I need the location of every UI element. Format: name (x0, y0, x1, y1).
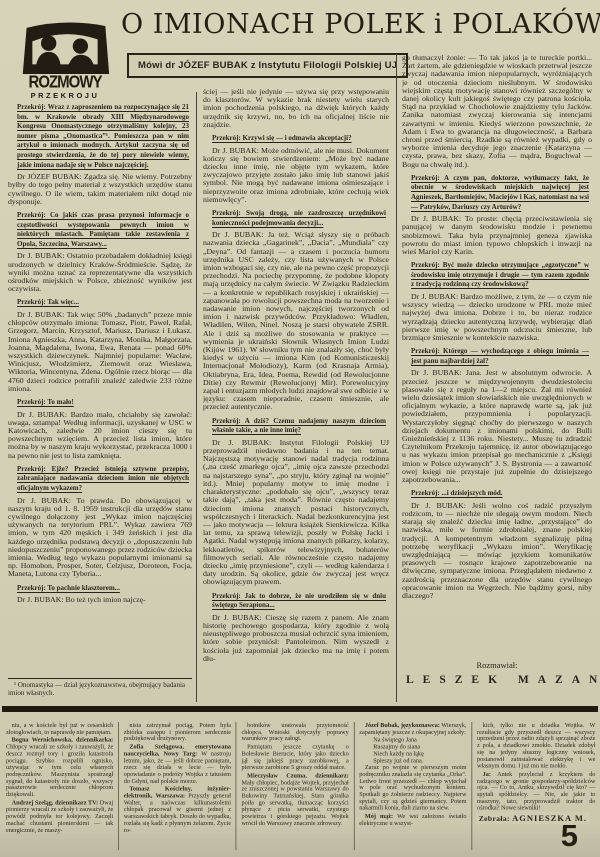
article-paragraph: Przekrój: Krzywi się — i odmawia akcepta… (212, 134, 386, 144)
article-paragraph: Przekrój: Być może dziecko otrzymujące „… (411, 261, 589, 290)
signoff-label: Rozmawiał: (402, 660, 592, 670)
paragraph-text: go tłumaczył żonie: — To tak jakoś ja te… (402, 54, 592, 169)
article-paragraph: Dr J. BUBAK: Tak więc 50% „badanych” prz… (8, 311, 192, 393)
bottom-column-4: Józef Bubak, językoznawca: Wierszyk, zap… (359, 722, 472, 850)
article-paragraph: ściej — jeśli nie jedynie — używa się pr… (203, 88, 389, 129)
article-paragraph: Dr J. BUBAK: To prawda. Do obowiązującej… (8, 497, 192, 579)
paragraph-text: kich, tylko nie u dziadka Wojtka. W rezu… (477, 722, 595, 769)
article-paragraph: Przekrój: Jak to dobrze, że nie urodziłe… (212, 592, 386, 611)
paragraph-text: Przekrój: Co jakiś czas prasa przynosi i… (17, 211, 189, 248)
bottom-column-2: nista zatrzymał pociąg. Potem była zbiór… (124, 722, 237, 850)
paragraph-text: Przekrój: Jak to dobrze, że nie urodziłe… (212, 592, 386, 610)
bottom-paragraph: nista zatrzymał pociąg. Potem była zbiór… (124, 722, 231, 742)
bottom-column-1: niu, a w kościele był już w cesarskich z… (6, 722, 119, 850)
section-divider-bar (2, 706, 598, 712)
bottom-paragraph: Andrzej Szeląg, dziennikarz TV: Dwaj pio… (6, 800, 113, 834)
article-paragraph: Dr J. BUBAK: Jana. Jest w absolutnym odw… (402, 369, 592, 484)
paragraph-text: Dr J. BUBAK: Jeśli wolno coś radzić przy… (402, 501, 592, 600)
article-paragraph: Dr J. BUBAK: Ostatnio przebadałem dokład… (8, 252, 192, 293)
bottom-paragraph: Ja: Antek przyleciał z krzykiem do radzą… (477, 771, 595, 812)
paragraph-text: botników uratowała przytomność chłopca. … (242, 722, 349, 742)
paragraph-text: Przekrój: Krzywi się — i odmawia akcepta… (212, 134, 352, 142)
article-column-2: ściej — jeśli nie jedynie — używa się pr… (203, 88, 389, 702)
bottom-paragraph: Mój mąż: We wsi założono światło elektry… (359, 813, 466, 827)
interview-subtitle: Mówi dr JÓZEF BUBAK z Instytutu Filologi… (127, 53, 408, 78)
article-paragraph: go tłumaczył żonie: — To tak jakoś ja te… (402, 54, 592, 169)
paragraph-text: Dr J. BUBAK: Ostatnio przebadałem dokład… (8, 251, 192, 293)
article-paragraph: Dr J. BUBAK: To proste: chęcią przeciwst… (402, 215, 592, 256)
paragraph-text: Przekrój: Być może dziecko otrzymujące „… (411, 261, 589, 288)
paragraph-text: Dr J. BUBAK: Bardzo możliwe, z tym, że —… (402, 292, 592, 342)
paragraph-text: Pamiętam jeszcze czytankę o Bolesławie B… (242, 743, 349, 770)
credit-label: Zebrała: (479, 814, 510, 823)
bottom-paragraph: Mieczysław Czuma, dziennikarz: Mały chło… (242, 772, 349, 826)
bottom-section: niu, a w kościele był już w cesarskich z… (6, 722, 600, 850)
article-paragraph: Przekrój: Swoją drogą, nie zazdroszczę u… (212, 209, 386, 228)
signoff: Rozmawiał: LESZEK MAZAN (402, 660, 592, 686)
paragraph-text: Dr J. BUBAK: Cieszę się razem z panem. A… (203, 613, 389, 663)
article-paragraph: Dr J. BUBAK: Ja też. Wciąż słyszy się o … (203, 231, 389, 411)
article-paragraph: Przekrój: Którego — wychodzącego z obieg… (411, 347, 589, 366)
paragraph-text: Przekrój: To pachnie klasztorem... (17, 584, 120, 592)
article-paragraph: Dr J. BUBAK: Instytut Filologii Polskiej… (203, 439, 389, 587)
article-paragraph: Dr J. BUBAK: Cieszę się razem z panem. A… (203, 614, 389, 663)
logo-word: ROZMOWY (14, 75, 116, 91)
page-title: O IMIONACH POLEK i POLAKÓW (121, 8, 599, 42)
paragraph-text: niu, a w kościele był już w cesarskich z… (6, 722, 113, 735)
paragraph-text: Mały chłopiec, bodajże Wojtek, przyjecha… (242, 778, 349, 826)
paragraph-text: Dr J. BUBAK: Bo też tych imion najczę- (17, 595, 146, 604)
article-paragraph: Dr JÓZEF BUBAK: Zgadza się. Nie wiemy. P… (8, 173, 192, 206)
article-paragraph: Dr J. BUBAK: Bardzo możliwe, z tym, że —… (402, 293, 592, 342)
bottom-paragraph: Józef Bubak, językoznawca: Wierszyk, zap… (359, 722, 466, 736)
paragraph-text: nista zatrzymał pociąg. Potem była zbiór… (124, 722, 231, 742)
article-paragraph: Dr J. BUBAK: Bo też tych imion najczę- (8, 596, 192, 604)
bottom-paragraph: Pamiętam jeszcze czytankę o Bolesławie B… (242, 744, 349, 771)
paragraph-text: ściej — jeśli nie jedynie — używa się pr… (203, 88, 389, 129)
article-paragraph: Przekrój: Wraz z zaproszeniem na rozpocz… (17, 103, 189, 170)
column-divider (396, 54, 397, 702)
paragraph-text: Dr J. BUBAK: To proste: chęcią przeciwst… (402, 214, 592, 256)
article-paragraph: Dr J. BUBAK: Bardzo mało, chciałoby się … (8, 411, 192, 460)
paragraph-text: Przekrój: Tak więc... (17, 298, 79, 306)
bottom-columns: niu, a w kościele był już w cesarskich z… (6, 722, 600, 850)
article-paragraph: Przekrój: A czym pan, doktorze, wytłumac… (411, 174, 589, 212)
paragraph-text: Dr J. BUBAK: Może odmówić, ale nie musi.… (203, 146, 389, 204)
page-number: 5 (561, 818, 578, 854)
paragraph-text: Dr J. BUBAK: Jana. Jest w absolutnym odw… (402, 368, 592, 484)
bottom-paragraph: Bogna Wernichowska, dziennikarka: Chłopc… (6, 737, 113, 798)
article-paragraph: Przekrój: Tak więc... (17, 298, 189, 308)
rozmowy-przekroju-logo: ROZMOWY PRZEKROJU (14, 22, 116, 100)
article-paragraph: Przekrój: Co jakiś czas prasa przynosi i… (17, 211, 189, 249)
article-column-1: Przekrój: Wraz z zaproszeniem na rozpocz… (8, 100, 192, 702)
article-column-3: go tłumaczył żonie: — To tak jakoś ja te… (402, 54, 592, 702)
paragraph-text: Antek przyleciał z krzykiem do radzącego… (477, 770, 595, 811)
bottom-paragraph: Zaraz po wojnie w pierwszym moim podręcz… (359, 764, 466, 812)
article-paragraph: Przekrój: To pachnie klasztorem... (17, 584, 189, 594)
article-paragraph: Przekrój: ...i dzisiejszych mód. (411, 489, 589, 499)
paragraph-text: Dr J. BUBAK: Tak więc 50% „badanych” prz… (8, 310, 192, 393)
article-paragraph: Dr J. BUBAK: Jeśli wolno coś radzić przy… (402, 502, 592, 600)
bottom-column-5: kich, tylko nie u dziadka Wojtka. W rezu… (477, 722, 600, 850)
paragraph-text: Przekrój: ...i dzisiejszych mód. (411, 489, 503, 497)
paragraph-text: Przekrój: To mało! (17, 398, 74, 406)
article-paragraph: Przekrój: Ejże? Przecież istnieją sztywn… (17, 465, 189, 494)
logo-subword: PRZEKROJU (14, 91, 116, 100)
bottom-column-3: botników uratowała przytomność chłopca. … (242, 722, 355, 850)
article-paragraph: Przekrój: To mało! (17, 398, 189, 408)
paragraph-text: Przekrój: A czym pan, doktorze, wytłumac… (411, 174, 589, 211)
magazine-page: ROZMOWY PRZEKROJU O IMIONACH POLEK i POL… (0, 0, 600, 857)
paragraph-text: Dr J. BUBAK: Bardzo mało, chciałoby się … (8, 410, 192, 460)
paragraph-text: Przekrój: Ejże? Przecież istnieją sztywn… (17, 465, 189, 492)
article-paragraph: Dr J. BUBAK: Może odmówić, ale nie musi.… (203, 147, 389, 204)
paragraph-text: Dr J. BUBAK: Instytut Filologii Polskiej… (203, 438, 389, 586)
bottom-paragraph: Tomasz Kościelny, inżynier-elektronik, W… (124, 786, 231, 834)
interview-figures-icon (17, 22, 113, 76)
bottom-paragraph: kich, tylko nie u dziadka Wojtka. W rezu… (477, 722, 595, 770)
paragraph-text: Dr JÓZEF BUBAK: Zgadza się. Nie wiemy. P… (8, 172, 192, 206)
article-paragraph: Przekrój: A dziś? Czemu nadajemy naszym … (212, 417, 386, 436)
paragraph-text: Przyszły generał Walter, a naówczas kilk… (124, 792, 231, 833)
footnote: ¹ Onomastyka — dział językoznawstwa, obe… (8, 678, 192, 697)
author-name: LESZEK MAZAN (406, 674, 592, 686)
paragraph-text: Dr J. BUBAK: To prawda. Do obowiązującej… (8, 496, 192, 579)
bottom-paragraph: niu, a w kościele był już w cesarskich z… (6, 722, 113, 736)
paragraph-text: Przekrój: A dziś? Czemu nadajemy naszym … (212, 417, 386, 435)
paragraph-text: Dr J. BUBAK: Ja też. Wciąż słyszy się o … (203, 230, 389, 411)
paragraph-text: Przekrój: Swoją drogą, nie zazdroszczę u… (212, 209, 386, 227)
paragraph-text: Zaraz po wojnie w pierwszym moim podręcz… (359, 763, 466, 811)
paragraph-text: Chłopcy wracali ze szkoły i zauważyli, ż… (6, 743, 113, 798)
bottom-paragraph: Zofia Szelągowa, emerytowana nauczycielk… (124, 744, 231, 785)
paragraph-text: Przekrój: Którego — wychodzącego z obieg… (411, 347, 589, 365)
paragraph-text: Przekrój: Wraz z zaproszeniem na rozpocz… (17, 103, 189, 169)
column-divider (196, 92, 197, 702)
bottom-paragraph: botników uratowała przytomność chłopca. … (242, 722, 349, 742)
